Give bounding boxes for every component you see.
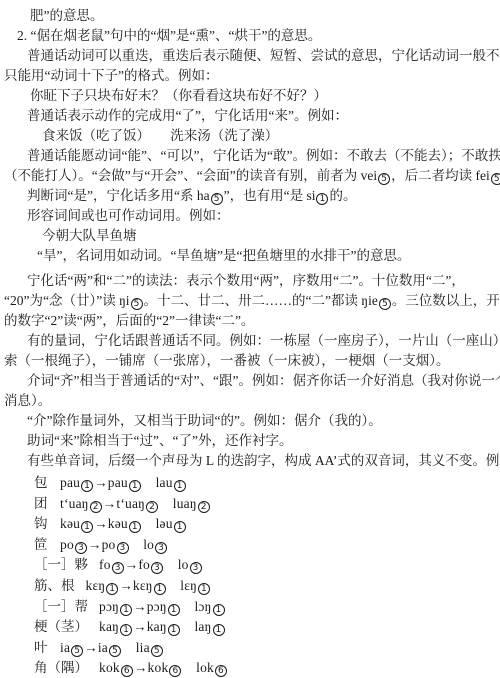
tone-number: 2 xyxy=(90,501,102,513)
text-line: 肥”的意思。 xyxy=(30,6,500,26)
tone-number: 5 xyxy=(211,193,223,205)
tone-number: 6 xyxy=(215,665,227,677)
tone-number: 3 xyxy=(190,562,202,574)
tone-number: 3 xyxy=(151,562,163,574)
tone-number: 1 xyxy=(81,521,93,533)
word-list-row: 筋、根kɛŋ1→kɛŋ1 lɛŋ1 xyxy=(34,576,500,597)
headword: 叶 xyxy=(34,638,49,659)
text-line: 介词“齐”相当于普通话的“对”、“跟”。例如：倨齐你话一介好消息（我对你说一个好 xyxy=(27,371,500,391)
phonetic-formula: ia5→ia5 lia5 xyxy=(60,640,164,655)
tone-number: 1 xyxy=(120,624,132,636)
headword: 梗（茎） xyxy=(34,617,88,638)
phonetic-formula: pau1→pau1 lau1 xyxy=(60,475,187,490)
text-line: 索（一根绳子），一铺席（一张席），一番被（一床被），一梗烟（一支烟）。 xyxy=(4,351,500,371)
text-line: （不能打人）。“会做”与“开会”、“会面”的读音有别，前者为 vei5，后二者均… xyxy=(4,166,500,186)
headword: 笸 xyxy=(34,535,49,556)
text-line: 今朝大队旱鱼塘 xyxy=(42,226,500,246)
text-line: “20”为“念（廿）”读 ŋi5。十二、廿二、卅二……的“二”都读 ŋie5。三… xyxy=(4,291,500,311)
tone-number: 5 xyxy=(378,173,390,185)
tone-number: 1 xyxy=(81,480,93,492)
phonetic-formula: kəu1→kəu1 ləu1 xyxy=(60,516,187,531)
phonetic-formula: fo3→fo3 lo3 xyxy=(99,557,203,572)
tone-number: 6 xyxy=(121,665,133,677)
text-line: 宁化话“两”和“二”的读法：表示个数用“两”，序数用“二”。十位数用“二”， xyxy=(27,271,500,291)
headword: ［一］帮 xyxy=(34,597,88,618)
tone-number: 1 xyxy=(213,624,225,636)
tone-number: 1 xyxy=(129,521,141,533)
headword: ［一］夥 xyxy=(34,555,88,576)
headword: 钩 xyxy=(34,514,49,535)
text-line: 食来饭（吃了饭） 洗来汤（洗了澡） xyxy=(42,126,500,146)
word-list-row: 角（隅）kok6→kok6 lok6 xyxy=(34,658,500,678)
tone-number: 2 xyxy=(146,501,158,513)
text-line: 普通话动词可以重迭，重迭后表示随便、短暂、尝试的意思，宁化话动词一般不能重迭， xyxy=(27,46,500,66)
text-line: 普通话能愿动词“能”、“可以”，宁化话为“敢”。例如：不敢去（不能去）；不敢抶人 xyxy=(27,146,500,166)
text-line: 消息）。 xyxy=(4,391,500,411)
text-line: 助词“来”除相当于“过”、“了”外，还作衬字。 xyxy=(27,431,500,451)
word-list-row: 团t‘uaŋ2→t‘uaŋ2 luaŋ2 xyxy=(34,494,500,515)
headword: 角（隅） xyxy=(34,658,88,678)
word-list-row: 钩kəu1→kəu1 ləu1 xyxy=(34,514,500,535)
phonetic-formula: t‘uaŋ2→t‘uaŋ2 luaŋ2 xyxy=(60,496,211,511)
scanned-page: 肥”的意思。 2. “倨在烟老鼠”句中的“烟”是“熏”、“烘干”的意思。 普通话… xyxy=(0,0,500,678)
text-line: 只能用“动词十下子”的格式。例如： xyxy=(4,66,500,86)
text-line: 的数字“2”读“两”，后面的“2”一律读“二”。 xyxy=(4,311,500,331)
word-list-row: ［一］夥fo3→fo3 lo3 xyxy=(34,555,500,576)
reduplication-word-list: 包pau1→pau1 lau1 团t‘uaŋ2→t‘uaŋ2 luaŋ2 钩kə… xyxy=(0,473,500,678)
tone-number: 1 xyxy=(168,604,180,616)
tone-number: 1 xyxy=(154,583,166,595)
tone-number: 6 xyxy=(169,665,181,677)
tone-number: 5 xyxy=(71,645,83,657)
tone-number: 1 xyxy=(174,480,186,492)
phonetic-formula: kaŋ1→kaŋ1 laŋ1 xyxy=(99,619,226,634)
tone-number: 5 xyxy=(379,298,391,310)
word-list-row: ［一］帮pɔŋ1→pɔŋ1 lɔŋ1 xyxy=(34,597,500,618)
tone-number: 1 xyxy=(198,583,210,595)
tone-number: 1 xyxy=(106,583,118,595)
word-list-row: 梗（茎）kaŋ1→kaŋ1 laŋ1 xyxy=(34,617,500,638)
word-list-row: 笸po3→po3 lo3 xyxy=(34,535,500,556)
word-list-row: 叶ia5→ia5 lia5 xyxy=(34,638,500,659)
tone-number: 1 xyxy=(120,604,132,616)
phonetic-formula: pɔŋ1→pɔŋ1 lɔŋ1 xyxy=(99,599,226,614)
tone-number: 1 xyxy=(174,521,186,533)
headword: 筋、根 xyxy=(34,576,75,597)
text-line: “介”除作量词外，又相当于助词“的”。例如：倨介（我的）。 xyxy=(27,411,500,431)
tone-number: 3 xyxy=(117,542,129,554)
tone-number: 1 xyxy=(129,480,141,492)
tone-number: 5 xyxy=(151,645,163,657)
phonetic-formula: po3→po3 lo3 xyxy=(60,537,168,552)
text-line: 判断词“是”，宁化话多用“系 ha5”，也有用“是 si1的。 xyxy=(27,186,500,206)
tone-number: 1 xyxy=(168,624,180,636)
tone-number: 1 xyxy=(316,193,328,205)
word-list-row: 包pau1→pau1 lau1 xyxy=(34,473,500,494)
tone-number: 3 xyxy=(75,542,87,554)
text-line: 你眐下子只块布好末？（你看看这块布好不好？） xyxy=(30,86,500,106)
headword: 包 xyxy=(34,473,49,494)
tone-number: 5 xyxy=(491,173,500,185)
text-line: 有些单音词，后缀一个声母为 L 的迭韵字，构成 AA’式的双音词，其义不变。例如… xyxy=(27,451,500,471)
tone-number: 2 xyxy=(198,501,210,513)
tone-number: 5 xyxy=(109,645,121,657)
text-line: 普通话表示动作的完成用“了”，宁化话用“来”。例如： xyxy=(27,106,500,126)
text-line: 2. “倨在烟老鼠”句中的“烟”是“熏”、“烘干”的意思。 xyxy=(17,26,500,46)
text-line: “旱”，名词用如动词。“旱鱼塘”是“把鱼塘里的水排干”的意思。 xyxy=(37,246,500,266)
text-line: 有的量词，宁化话跟普通话不同。例如：一栋屋（一座房子），一片山（一座山），一行 xyxy=(27,331,500,351)
phonetic-formula: kok6→kok6 lok6 xyxy=(99,660,228,675)
tone-number: 3 xyxy=(112,562,124,574)
headword: 团 xyxy=(34,494,49,515)
text-line: 形容词间或也可作动词用。例如： xyxy=(27,206,500,226)
phonetic-formula: kɛŋ1→kɛŋ1 lɛŋ1 xyxy=(86,578,212,593)
tone-number: 1 xyxy=(213,604,225,616)
tone-number: 3 xyxy=(155,542,167,554)
tone-number: 5 xyxy=(131,298,143,310)
